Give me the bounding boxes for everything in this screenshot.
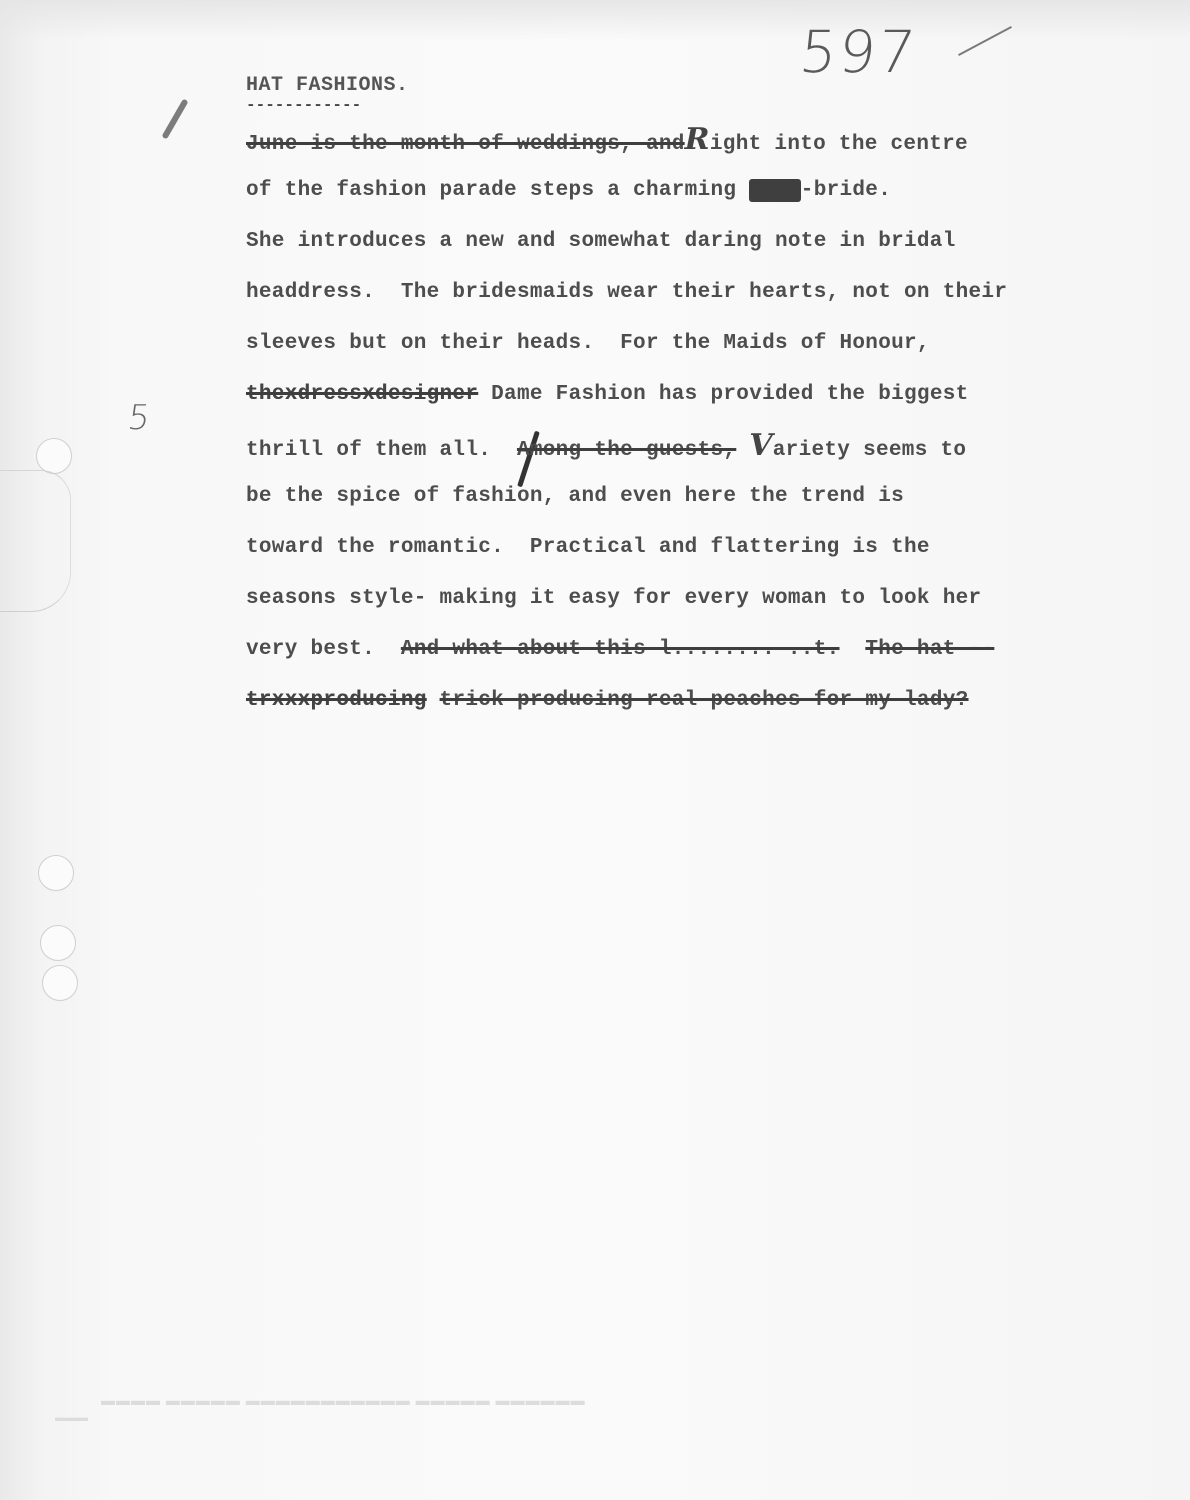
text-line: toward the romantic. Practical and flatt… (246, 532, 1146, 583)
punch-hole (42, 965, 78, 1001)
text-line: of the fashion parade steps a charming J… (246, 175, 1146, 226)
show-through-footer-text: ▬▬▬▬▬▬ ▬▬▬▬▬ ▬▬▬▬▬▬▬▬▬▬▬ ▬▬▬▬▬ ▬▬▬▬ (100, 1392, 585, 1408)
punch-hole (40, 925, 76, 961)
show-through-footer-code: ▬▬▬ (55, 1412, 88, 1424)
struck-through-text: June is the month of weddings, and (246, 133, 685, 156)
text-segment (736, 439, 749, 462)
struck-through-text: And what about this l........ ..t. (401, 638, 840, 661)
text-segment: headdress. The bridesmaids wear their he… (246, 281, 1007, 304)
margin-slash-mark (161, 98, 188, 139)
handwritten-correction: V (749, 428, 773, 463)
text-segment: ight into the centre (710, 133, 968, 156)
struck-through-text: thexdressxdesigner (246, 383, 478, 406)
text-line: very best. And what about this l........… (246, 634, 1146, 685)
text-segment: She introduces a new and somewhat daring… (246, 230, 956, 253)
text-line: She introduces a new and somewhat daring… (246, 226, 1146, 277)
ink-blot-deletion: June (749, 179, 801, 202)
text-line: June is the month of weddings, andRight … (246, 124, 1146, 175)
text-segment: of the fashion parade steps a charming (246, 179, 749, 202)
text-segment (840, 638, 866, 661)
struck-through-text: The hat -- (865, 638, 994, 661)
struck-through-text: Among the guests, (517, 439, 736, 462)
title-underline-rule: ------------ (246, 96, 361, 114)
text-segment: toward the romantic. Practical and flatt… (246, 536, 930, 559)
text-segment: very best. (246, 638, 401, 661)
margin-annotation: 5 (125, 398, 152, 438)
text-segment: sleeves but on their heads. For the Maid… (246, 332, 930, 355)
handwritten-correction: R (685, 122, 710, 157)
text-segment: Dame Fashion has provided the biggest (478, 383, 968, 406)
text-segment: thrill of them all. (246, 439, 517, 462)
text-line: seasons style- making it easy for every … (246, 583, 1146, 634)
struck-through-text: trxxxproducing (246, 689, 427, 712)
page-top-shadow (0, 0, 1190, 40)
struck-through-text: trick producing real peaches for my lady… (440, 689, 969, 712)
text-segment (427, 689, 440, 712)
text-line: sleeves but on their heads. For the Maid… (246, 328, 1146, 379)
text-segment: be the spice of fashion, and even here t… (246, 485, 904, 508)
text-line: thrill of them all. Among the guests, Va… (246, 430, 1146, 481)
text-segment: -bride. (801, 179, 891, 202)
paper-tear (0, 470, 71, 612)
punch-hole (36, 438, 72, 474)
text-line: thexdressxdesigner Dame Fashion has prov… (246, 379, 1146, 430)
document-title: HAT FASHIONS. (246, 74, 409, 97)
punch-hole (38, 855, 74, 891)
typewritten-body: June is the month of weddings, andRight … (246, 124, 1146, 736)
text-segment: ariety seems to (773, 439, 967, 462)
text-line: headdress. The bridesmaids wear their he… (246, 277, 1146, 328)
text-segment: seasons style- making it easy for every … (246, 587, 981, 610)
text-line: trxxxproducing trick producing real peac… (246, 685, 1146, 736)
text-line: be the spice of fashion, and even here t… (246, 481, 1146, 532)
handwritten-page-number: 597 (796, 18, 920, 86)
